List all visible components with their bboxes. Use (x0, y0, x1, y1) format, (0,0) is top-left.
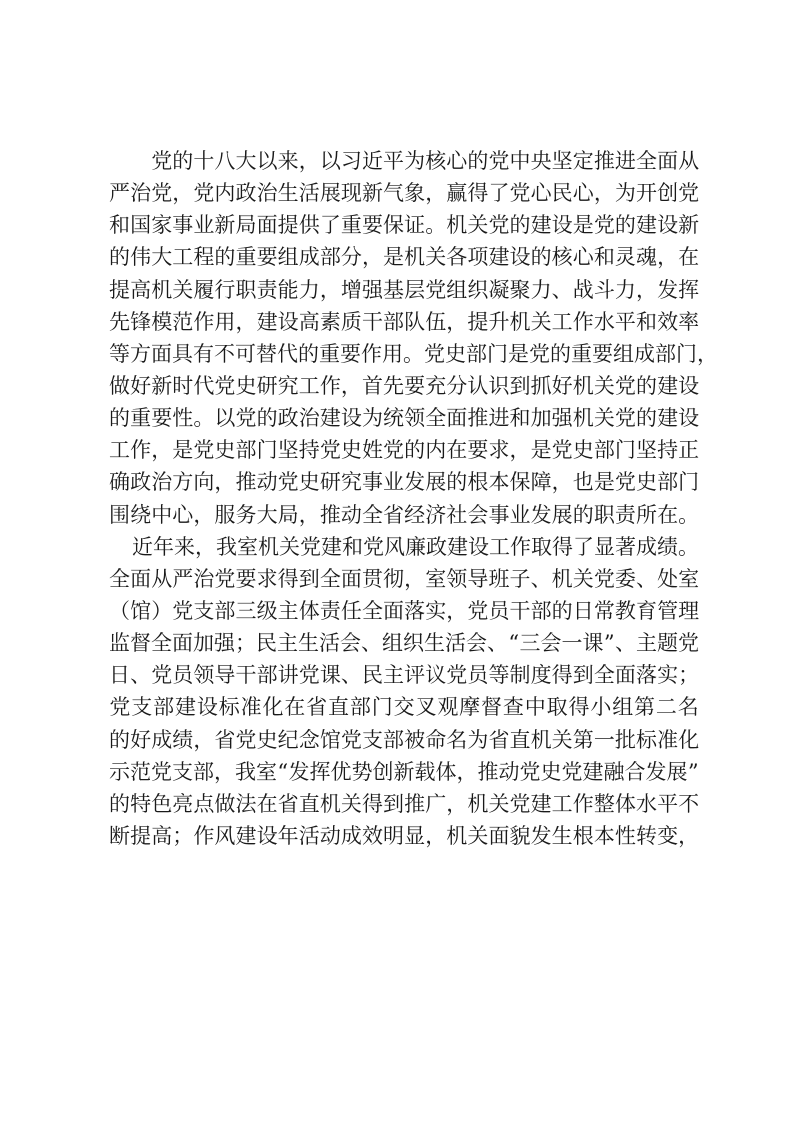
paragraph: 近年来，我室机关党建和党风廉政建设工作取得了显著成绩。全面从严治党要求得到全面贯… (109, 531, 699, 852)
text-line: 等方面具有不可替代的重要作用。党史部门是党的重要组成部门， (109, 338, 699, 370)
text-line: 的重要性。以党的政治建设为统领全面推进和加强机关党的建设 (109, 402, 699, 434)
text-line: 确政治方向，推动党史研究事业发展的根本保障，也是党史部门 (109, 466, 699, 498)
text-line: 日、党员领导干部讲党课、民主评议党员等制度得到全面落实； (109, 659, 699, 691)
text-line: 先锋模范作用，建设高素质干部队伍，提升机关工作水平和效率 (109, 306, 699, 338)
text-line: 党的十八大以来，以习近平为核心的党中央坚定推进全面从 (109, 145, 699, 177)
text-line: 严治党，党内政治生活展现新气象，赢得了党心民心，为开创党 (109, 177, 699, 209)
text-line: 示范党支部，我室“发挥优势创新载体，推动党史党建融合发展” (109, 756, 699, 788)
text-line: 工作，是党史部门坚持党史姓党的内在要求，是党史部门坚持正 (109, 434, 699, 466)
document-body: 党的十八大以来，以习近平为核心的党中央坚定推进全面从严治党，党内政治生活展现新气… (109, 145, 699, 852)
text-line: 监督全面加强；民主生活会、组织生活会、“三会一课”、主题党 (109, 627, 699, 659)
text-line: 和国家事业新局面提供了重要保证。机关党的建设是党的建设新 (109, 209, 699, 241)
text-line: 党支部建设标准化在省直部门交叉观摩督查中取得小组第二名 (109, 691, 699, 723)
text-line: 断提高；作风建设年活动成效明显，机关面貌发生根本性转变， (109, 820, 699, 852)
text-line: 围绕中心，服务大局，推动全省经济社会事业发展的职责所在。 (109, 499, 699, 531)
text-line: 的好成绩，省党史纪念馆党支部被命名为省直机关第一批标准化 (109, 724, 699, 756)
text-line: 近年来，我室机关党建和党风廉政建设工作取得了显著成绩。 (109, 531, 699, 563)
text-line: 的特色亮点做法在省直机关得到推广，机关党建工作整体水平不 (109, 788, 699, 820)
paragraph: 党的十八大以来，以习近平为核心的党中央坚定推进全面从严治党，党内政治生活展现新气… (109, 145, 699, 531)
text-line: 的伟大工程的重要组成部分，是机关各项建设的核心和灵魂，在 (109, 241, 699, 273)
document-page: 党的十八大以来，以习近平为核心的党中央坚定推进全面从严治党，党内政治生活展现新气… (0, 0, 793, 1122)
text-line: 提高机关履行职责能力，增强基层党组织凝聚力、战斗力，发挥 (109, 274, 699, 306)
text-line: 做好新时代党史研究工作，首先要充分认识到抓好机关党的建设 (109, 370, 699, 402)
text-line: （馆）党支部三级主体责任全面落实，党员干部的日常教育管理 (109, 595, 699, 627)
text-line: 全面从严治党要求得到全面贯彻，室领导班子、机关党委、处室 (109, 563, 699, 595)
